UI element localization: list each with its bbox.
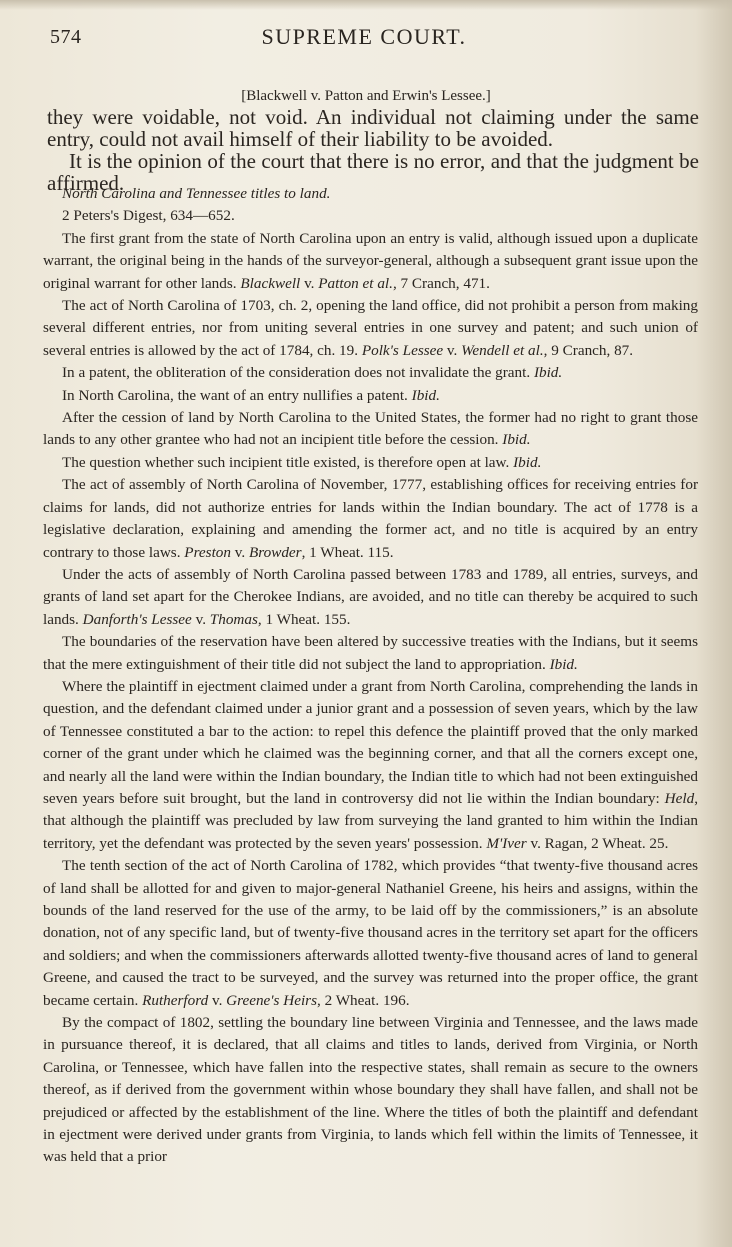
- page-header: 574 SUPREME COURT.: [44, 22, 684, 52]
- citation: Patton et al.: [318, 275, 393, 292]
- headnote-text: The question whether such incipient titl…: [62, 454, 513, 471]
- case-caption: [Blackwell v. Patton and Erwin's Lessee.…: [0, 88, 732, 105]
- citation: Preston: [184, 544, 231, 561]
- headnote-paragraph: The act of assembly of North Carolina of…: [43, 474, 698, 564]
- headnote-paragraph: The act of North Carolina of 1703, ch. 2…: [43, 295, 698, 362]
- citation: Danforth's Lessee: [83, 611, 192, 628]
- headnotes: North Carolina and Tennessee titles to l…: [43, 183, 698, 1169]
- headnote-text: After the cession of land by North Carol…: [43, 409, 698, 448]
- headnote-text: By the compact of 1802, settling the bou…: [43, 1014, 698, 1165]
- headnote-paragraph: Under the acts of assembly of North Caro…: [43, 564, 698, 631]
- citation: Held: [665, 790, 695, 807]
- citation: Ibid.: [412, 387, 440, 404]
- citation: v.: [231, 544, 249, 561]
- citation: M'Iver: [486, 835, 526, 852]
- citation: , 1 Wheat. 115.: [302, 544, 394, 561]
- citation: Thomas: [210, 611, 258, 628]
- citation: Wendell et al.: [461, 342, 544, 359]
- citation: Browder: [249, 544, 302, 561]
- headnote-paragraph: After the cession of land by North Carol…: [43, 407, 698, 452]
- citation: v.: [208, 992, 226, 1009]
- scanned-page: 574 SUPREME COURT. [Blackwell v. Patton …: [0, 0, 732, 1247]
- citation: , 2 Wheat. 196.: [317, 992, 410, 1009]
- citation: Rutherford: [142, 992, 208, 1009]
- citation: Ibid.: [550, 656, 578, 673]
- headnote-paragraph: In a patent, the obliteration of the con…: [43, 362, 698, 384]
- citation: , 1 Wheat. 155.: [258, 611, 351, 628]
- citation: v.: [300, 275, 318, 292]
- notes-heading: North Carolina and Tennessee titles to l…: [43, 183, 698, 205]
- headnote-paragraph: By the compact of 1802, settling the bou…: [43, 1012, 698, 1169]
- headnote-text: The boundaries of the reservation have b…: [43, 633, 698, 672]
- citation: v.: [443, 342, 461, 359]
- running-head: SUPREME COURT.: [44, 24, 684, 50]
- citation: Blackwell: [240, 275, 300, 292]
- opinion-paragraph: they were voidable, not void. An individ…: [47, 106, 699, 150]
- citation: Ibid.: [513, 454, 541, 471]
- page-top-shadow: [0, 0, 732, 10]
- headnote-text: The tenth section of the act of North Ca…: [43, 857, 698, 1008]
- headnote-text: In North Carolina, the want of an entry …: [62, 387, 412, 404]
- citation: v. Ragan, 2 Wheat. 25.: [527, 835, 669, 852]
- headnote-paragraph: The first grant from the state of North …: [43, 228, 698, 295]
- headnote-paragraph: The question whether such incipient titl…: [43, 452, 698, 474]
- digest-reference: 2 Peters's Digest, 634—652.: [43, 205, 698, 227]
- citation: , 7 Cranch, 471.: [393, 275, 490, 292]
- citation: Ibid.: [534, 364, 562, 381]
- headnote-text: Where the plaintiff in ejectment claimed…: [43, 678, 698, 807]
- citation: Greene's Heirs: [226, 992, 317, 1009]
- note-list: The first grant from the state of North …: [43, 228, 698, 1169]
- citation: v.: [192, 611, 210, 628]
- citation: , 9 Cranch, 87.: [544, 342, 633, 359]
- headnote-paragraph: The tenth section of the act of North Ca…: [43, 855, 698, 1012]
- headnote-paragraph: In North Carolina, the want of an entry …: [43, 385, 698, 407]
- opinion-text: they were voidable, not void. An individ…: [47, 106, 699, 194]
- headnote-paragraph: The boundaries of the reservation have b…: [43, 631, 698, 676]
- headnote-text: In a patent, the obliteration of the con…: [62, 364, 534, 381]
- citation: Ibid.: [502, 431, 530, 448]
- citation: Polk's Lessee: [362, 342, 443, 359]
- headnote-paragraph: Where the plaintiff in ejectment claimed…: [43, 676, 698, 855]
